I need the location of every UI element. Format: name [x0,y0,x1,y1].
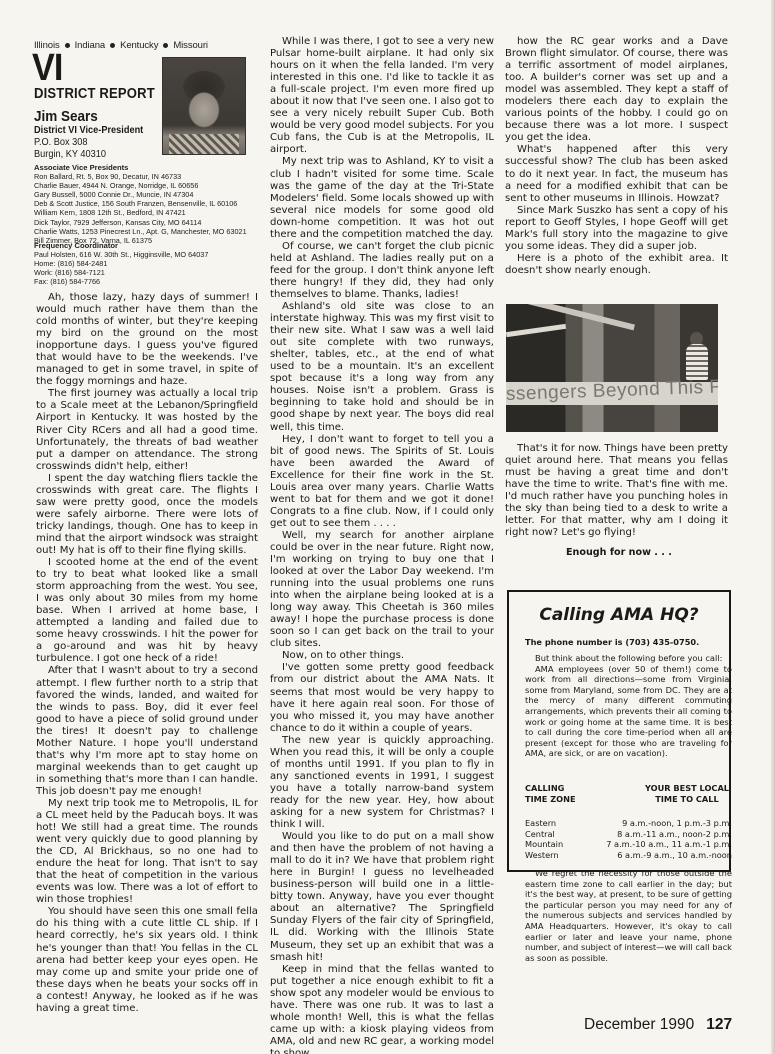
associate-entry: Charlie Bauer, 4944 N. Orange, Norridge,… [34,181,264,190]
frequency-entry: Home: (816) 584-2481 [34,259,264,268]
zone-cell: Central [525,829,555,840]
paragraph: Well, my search for another airplane cou… [270,530,494,650]
bullet-icon [65,43,70,48]
sidebar-body: But think about the following before you… [525,653,732,759]
paragraph: Of course, we can't forget the club picn… [270,241,494,301]
associate-entry: William Kern, 1808 12th St., Bedford, IN… [34,208,264,217]
person-figure [686,344,708,380]
header-text: TIME TO CALL [642,794,732,805]
bullet-icon [110,43,115,48]
paragraph: My next trip took me to Metropolis, IL f… [36,798,258,906]
paragraph: I've gotten some pretty good feedback fr… [270,662,494,734]
shirt-collar [169,134,239,154]
sidebar-closing: We regret the necessity for those outsid… [525,868,732,963]
paragraph: The new year is quickly approaching. Whe… [270,735,494,831]
paragraph: After that I wasn't about to try a secon… [36,665,258,798]
associate-vps-list: Associate Vice Presidents Ron Ballard, R… [34,163,264,245]
paragraph: Since Mark Suszko has sent a copy of his… [505,205,728,253]
paragraph: Here is a photo of the exhibit area. It … [505,253,728,277]
paragraph: I scooted home at the end of the event t… [36,557,258,665]
header-text: YOUR BEST LOCAL [642,783,732,794]
time-cell: 8 a.m.-11 a.m., noon-2 p.m. [617,829,732,840]
calling-ama-hq-sidebar: Calling AMA HQ? The phone number is (703… [507,590,731,872]
model-airplane-wing [506,324,566,337]
frequency-entry: Fax: (816) 584-7766 [34,277,264,286]
address-line: Burgin, KY 40310 [34,149,106,161]
ama-phone-number: The phone number is (703) 435-0750. [525,637,699,647]
page-number: 127 [706,1016,732,1033]
zone-cell: Western [525,850,559,861]
photo-sign-text: ssengers Beyond This Po [506,377,718,406]
page-footer: December 1990127 [584,1016,732,1034]
paragraph: You should have seen this one small fell… [36,906,258,1014]
frequency-coordinator: Frequency Coordinator Paul Holsten, 616 … [34,241,264,286]
zone-cell: Eastern [525,818,556,829]
time-cell: 9 a.m.-noon, 1 p.m.-3 p.m. [622,818,732,829]
paragraph: Ashland's old site was close to an inter… [270,301,494,434]
frequency-heading: Frequency Coordinator [34,241,264,250]
article-column-1: Ah, those lazy, hazy days of summer! I w… [36,292,258,1015]
paragraph: What's happened after this very successf… [505,144,728,204]
bullet-icon [163,43,168,48]
author-address: P.O. Box 308 Burgin, KY 40310 [34,137,106,161]
model-airplane-wing [517,304,635,330]
paragraph: But think about the following before you… [525,653,732,664]
paragraph: I spent the day watching fliers tackle t… [36,473,258,557]
table-row: Mountain7 a.m.-10 a.m., 11 a.m.-1 p.m. [525,839,732,850]
paragraph: The first journey was actually a local t… [36,388,258,472]
author-name: Jim Sears [34,108,98,125]
associate-entry: Dick Taylor, 7929 Jefferson, Kansas City… [34,218,264,227]
article-column-2: While I was there, I got to see a very n… [270,36,494,1054]
associate-entry: Charlie Watts, 1253 Pinecrest Ln., Apt. … [34,227,264,236]
paragraph: We regret the necessity for those outsid… [525,868,732,963]
exhibit-photo: ssengers Beyond This Po [506,304,718,432]
associates-heading: Associate Vice Presidents [34,163,264,172]
magazine-page: IllinoisIndianaKentuckyMissouri VI DISTR… [0,0,775,1054]
sidebar-title: Calling AMA HQ? [509,605,729,625]
paragraph: Keep in mind that the fellas wanted to p… [270,964,494,1054]
issue-date: December 1990 [584,1016,694,1033]
header-text: TIME ZONE [525,794,576,805]
header-text: CALLING [525,783,576,794]
author-portrait-photo [162,57,246,155]
zone-cell: Mountain [525,839,563,850]
paragraph: While I was there, I got to see a very n… [270,36,494,156]
state-label: Missouri [173,40,208,51]
header-best-local-time: YOUR BEST LOCAL TIME TO CALL [642,783,732,804]
author-role: District VI Vice-President [34,125,143,136]
paragraph: AMA employees (over 50 of them!) come to… [525,664,732,759]
paragraph: Hey, I don't want to forget to tell you … [270,434,494,530]
associate-entry: Ron Ballard, Rt. 5, Box 90, Decatur, IN … [34,172,264,181]
sign-off: Enough for now . . . [566,547,672,558]
state-label: Kentucky [120,40,158,51]
time-cell: 7 a.m.-10 a.m., 11 a.m.-1 p.m. [606,839,732,850]
time-cell: 6 a.m.-9 a.m., 10 a.m.-noon [617,850,732,861]
address-line: P.O. Box 308 [34,137,106,149]
table-row: Central8 a.m.-11 a.m., noon-2 p.m. [525,829,732,840]
associate-entry: Deb & Scott Justice, 156 South Franzen, … [34,199,264,208]
frequency-entry: Paul Holsten, 616 W. 30th St., Higginsvi… [34,250,264,259]
table-row: Eastern9 a.m.-noon, 1 p.m.-3 p.m. [525,818,732,829]
paragraph: My next trip was to Ashland, KY to visit… [270,156,494,240]
paragraph: Would you like to do put on a mall show … [270,831,494,964]
paragraph: how the RC gear works and a Dave Brown f… [505,36,728,144]
paragraph: That's it for now. Things have been pret… [505,443,728,539]
article-column-3: how the RC gear works and a Dave Brown f… [505,36,728,277]
header-calling-time-zone: CALLING TIME ZONE [525,783,576,804]
associate-entry: Gary Bussell, 5000 Connie Dr., Muncie, I… [34,190,264,199]
article-column-3-closing: That's it for now. Things have been pret… [505,443,728,539]
paragraph: Ah, those lazy, hazy days of summer! I w… [36,292,258,388]
district-number: VI [32,50,63,86]
frequency-entry: Work: (816) 584-7121 [34,268,264,277]
page-edge-shadow [771,0,775,1054]
paragraph: Now, on to other things. [270,650,494,662]
time-zone-table: Eastern9 a.m.-noon, 1 p.m.-3 p.m. Centra… [525,818,732,860]
table-row: Western6 a.m.-9 a.m., 10 a.m.-noon [525,850,732,861]
state-label: Indiana [75,40,105,51]
section-title: DISTRICT REPORT [34,86,155,102]
